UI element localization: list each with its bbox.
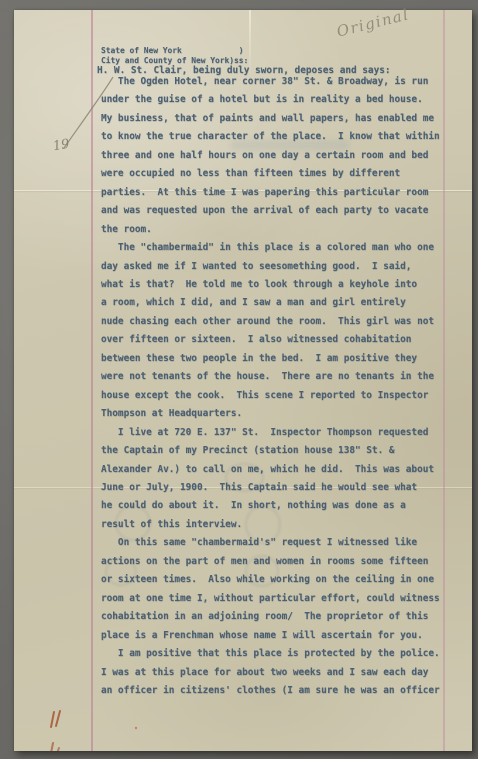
red-ink-mark bbox=[57, 748, 59, 751]
document-page: Original 19 State of New York ) City and… bbox=[14, 10, 472, 751]
left-margin-rule bbox=[91, 10, 93, 751]
red-ink-mark bbox=[56, 711, 60, 726]
venue-line-1: State of New York ) bbox=[101, 46, 244, 55]
handwritten-margin-number: 19 bbox=[52, 137, 71, 155]
venue-line-2: City and County of New York)ss: bbox=[101, 56, 248, 65]
red-ink-mark bbox=[51, 712, 54, 727]
affidavit-venue-header: State of New York ) City and County of N… bbox=[101, 46, 248, 66]
affidavit-body-text: The Ogden Hotel, near corner 38" St. & B… bbox=[101, 73, 440, 700]
red-ink-dot bbox=[135, 727, 137, 729]
right-margin-rule bbox=[443, 10, 445, 751]
red-ink-mark bbox=[51, 743, 53, 751]
scanner-background: Original 19 State of New York ) City and… bbox=[0, 0, 478, 759]
handwritten-original-note: Original bbox=[335, 5, 411, 40]
